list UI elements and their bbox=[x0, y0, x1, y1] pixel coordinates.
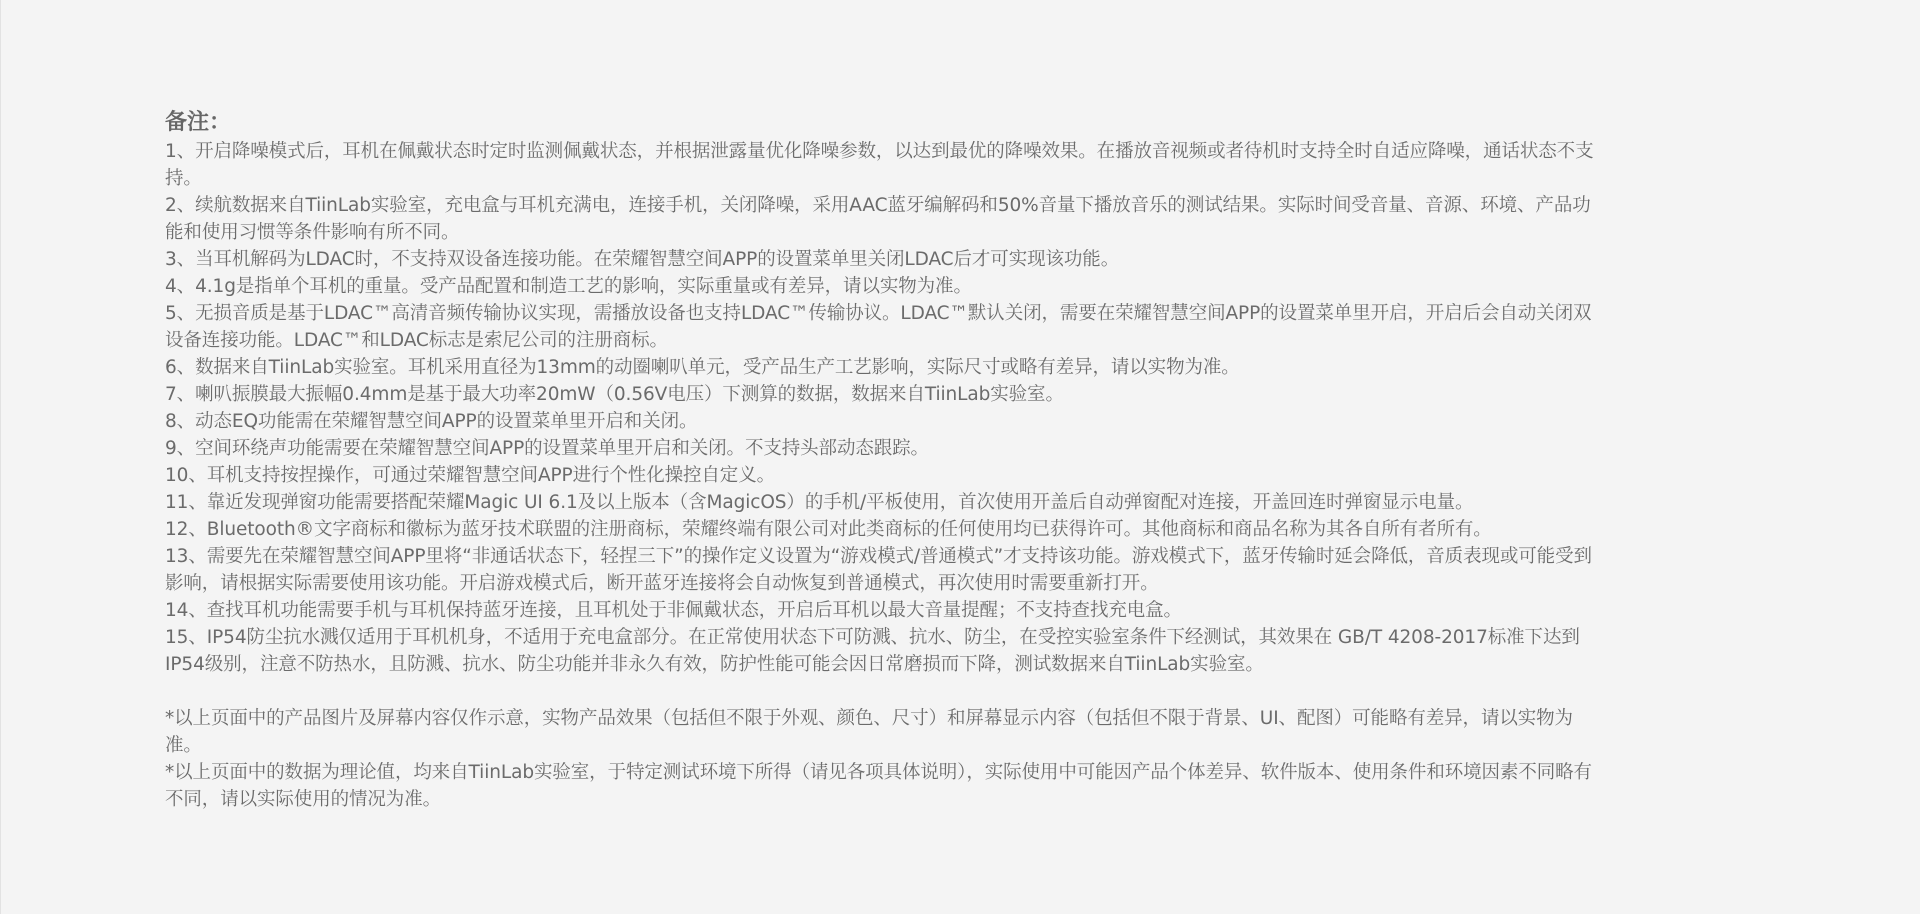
note-item-8: 8、动态EQ功能需在荣耀智慧空间APP的设置菜单里开启和关闭。 bbox=[165, 408, 1605, 435]
disclaimer-data-source: *以上页面中的数据为理论值，均来自TiinLab实验室，于特定测试环境下所得（请… bbox=[165, 759, 1605, 813]
note-item-14: 14、查找耳机功能需要手机与耳机保持蓝牙连接，且耳机处于非佩戴状态，开启后耳机以… bbox=[165, 597, 1605, 624]
notes-section: 备注： 1、开启降噪模式后，耳机在佩戴状态时定时监测佩戴状态，并根据泄露量优化降… bbox=[165, 108, 1605, 813]
note-item-5: 5、无损音质是基于LDAC™高清音频传输协议实现，需播放设备也支持LDAC™传输… bbox=[165, 300, 1605, 354]
note-item-4: 4、4.1g是指单个耳机的重量。受产品配置和制造工艺的影响，实际重量或有差异，请… bbox=[165, 273, 1605, 300]
note-item-9: 9、空间环绕声功能需要在荣耀智慧空间APP的设置菜单里开启和关闭。不支持头部动态… bbox=[165, 435, 1605, 462]
disclaimers: *以上页面中的产品图片及屏幕内容仅作示意，实物产品效果（包括但不限于外观、颜色、… bbox=[165, 705, 1605, 813]
note-item-1: 1、开启降噪模式后，耳机在佩戴状态时定时监测佩戴状态，并根据泄露量优化降噪参数，… bbox=[165, 138, 1605, 192]
note-item-6: 6、数据来自TiinLab实验室。耳机采用直径为13mm的动圈喇叭单元，受产品生… bbox=[165, 354, 1605, 381]
note-item-2: 2、续航数据来自TiinLab实验室，充电盒与耳机充满电，连接手机，关闭降噪，采… bbox=[165, 192, 1605, 246]
notes-title: 备注： bbox=[165, 108, 1605, 138]
note-item-3: 3、当耳机解码为LDAC时，不支持双设备连接功能。在荣耀智慧空间APP的设置菜单… bbox=[165, 246, 1605, 273]
note-item-15: 15、IP54防尘抗水溅仅适用于耳机机身，不适用于充电盒部分。在正常使用状态下可… bbox=[165, 624, 1605, 678]
note-item-12: 12、Bluetooth®文字商标和徽标为蓝牙技术联盟的注册商标，荣耀终端有限公… bbox=[165, 516, 1605, 543]
note-item-7: 7、喇叭振膜最大振幅0.4mm是基于最大功率20mW（0.56V电压）下测算的数… bbox=[165, 381, 1605, 408]
disclaimer-product-images: *以上页面中的产品图片及屏幕内容仅作示意，实物产品效果（包括但不限于外观、颜色、… bbox=[165, 705, 1605, 759]
notes-list: 1、开启降噪模式后，耳机在佩戴状态时定时监测佩戴状态，并根据泄露量优化降噪参数，… bbox=[165, 138, 1605, 678]
note-item-13: 13、需要先在荣耀智慧空间APP里将“非通话状态下，轻捏三下”的操作定义设置为“… bbox=[165, 543, 1605, 597]
note-item-10: 10、耳机支持按捏操作，可通过荣耀智慧空间APP进行个性化操控自定义。 bbox=[165, 462, 1605, 489]
note-item-11: 11、靠近发现弹窗功能需要搭配荣耀Magic UI 6.1及以上版本（含Magi… bbox=[165, 489, 1605, 516]
